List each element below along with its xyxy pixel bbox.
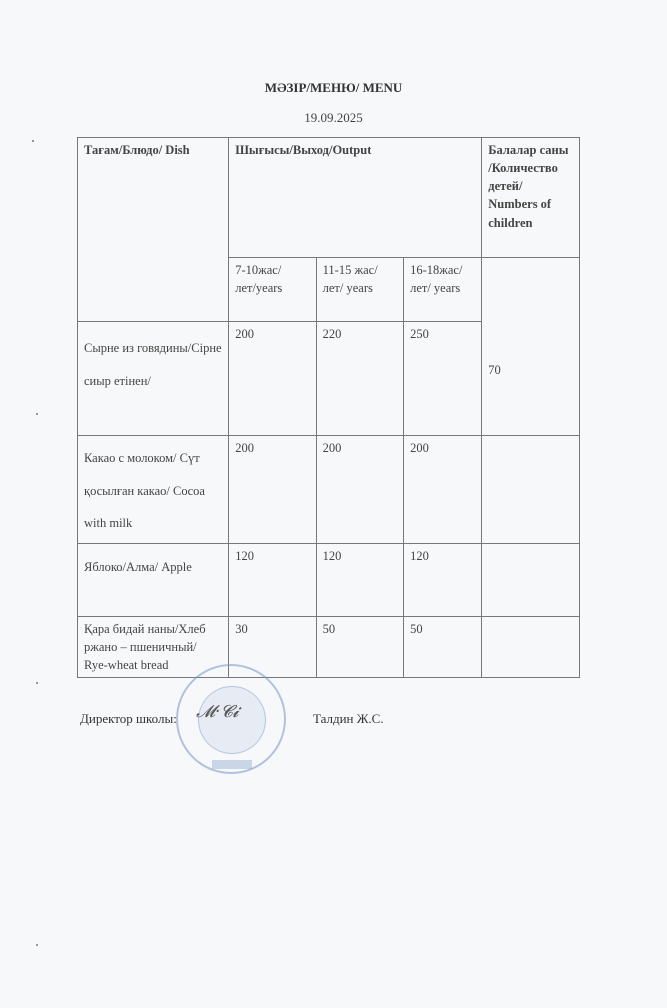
dish-name: Яблоко/Алма/ Apple — [78, 543, 229, 616]
table-row: Яблоко/Алма/ Apple 120 120 120 — [78, 543, 580, 616]
stamp-bar — [212, 760, 252, 769]
header-row: Тағам/Блюдо/ Dish Шығысы/Выход/Output Ба… — [78, 138, 580, 258]
children-count-empty — [482, 616, 580, 677]
director-name: Талдин Ж.С. — [313, 711, 384, 727]
scan-speck — [36, 413, 38, 415]
children-count: 70 — [482, 258, 580, 436]
signature-mark: 𝓜·𝓒𝓲 — [196, 702, 239, 722]
portion-7-10: 120 — [229, 543, 316, 616]
dish-name: Какао с молоком/ Сүт қосылған какао/ Coc… — [78, 436, 229, 544]
portion-16-18: 200 — [404, 436, 482, 544]
scan-speck — [36, 682, 38, 684]
portion-16-18: 120 — [404, 543, 482, 616]
portion-7-10: 200 — [229, 322, 316, 436]
portion-16-18: 50 — [404, 616, 482, 677]
dish-header: Тағам/Блюдо/ Dish — [78, 138, 229, 322]
menu-date: 19.09.2025 — [0, 110, 667, 126]
portion-7-10: 200 — [229, 436, 316, 544]
children-header: Балалар саны /Количество детей/ Numbers … — [482, 138, 580, 258]
age-group-16-18: 16-18жас/лет/ years — [404, 258, 482, 322]
output-header: Шығысы/Выход/Output — [229, 138, 482, 258]
portion-11-15: 50 — [316, 616, 403, 677]
table-row: Какао с молоком/ Сүт қосылған какао/ Coc… — [78, 436, 580, 544]
scan-speck — [32, 140, 34, 142]
dish-name: Сырне из говядины/Сірне сиыр етінен/ — [78, 322, 229, 436]
children-count-empty — [482, 543, 580, 616]
portion-11-15: 220 — [316, 322, 403, 436]
document-title: МӘЗІР/МЕНЮ/ MENU — [0, 80, 667, 96]
portion-16-18: 250 — [404, 322, 482, 436]
table-row: Қара бидай наны/Хлеб ржано – пшеничный/ … — [78, 616, 580, 677]
portion-11-15: 200 — [316, 436, 403, 544]
age-group-7-10: 7-10жас/лет/years — [229, 258, 316, 322]
director-label: Директор школы: — [80, 711, 177, 727]
children-count-empty — [482, 436, 580, 544]
age-group-11-15: 11-15 жас/лет/ years — [316, 258, 403, 322]
dish-name: Қара бидай наны/Хлеб ржано – пшеничный/ … — [78, 616, 229, 677]
portion-11-15: 120 — [316, 543, 403, 616]
scan-speck — [36, 944, 38, 946]
menu-table: Тағам/Блюдо/ Dish Шығысы/Выход/Output Ба… — [77, 137, 580, 678]
